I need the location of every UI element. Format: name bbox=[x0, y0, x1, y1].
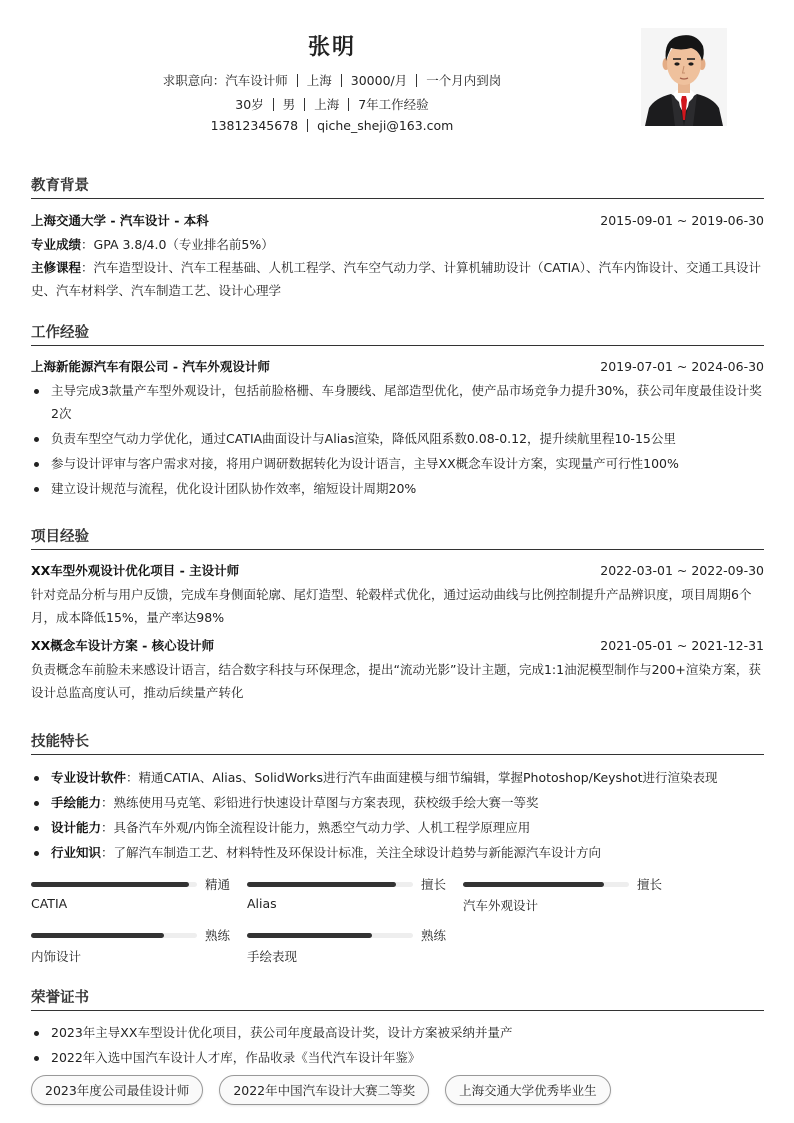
honor-tag: 2023年度公司最佳设计师 bbox=[31, 1075, 203, 1105]
work-bullets: 主导完成3款量产车型外观设计，包括前脸格栅、车身腰线、尾部造型优化，使产品市场竞… bbox=[31, 379, 764, 500]
skill-name: 汽车外观设计 bbox=[463, 896, 538, 914]
honor-tag: 上海交通大学优秀毕业生 bbox=[445, 1075, 611, 1105]
job-intent-line: 求职意向：汽车设计师上海30000/月一个月内到岗 bbox=[0, 71, 664, 89]
project-entry-head: XX概念车设计方案 - 核心设计师 2021-05-01 ~ 2021-12-3… bbox=[31, 637, 764, 655]
skill-name: 手绘表现 bbox=[247, 947, 297, 965]
work-dates: 2019-07-01 ~ 2024-06-30 bbox=[600, 358, 764, 376]
list-item: 手绘能力：熟练使用马克笔、彩铅进行快速设计草图与方案表现，获校级手绘大赛一等奖 bbox=[31, 791, 764, 814]
skill-level: 熟练 bbox=[205, 926, 230, 944]
age: 30岁 bbox=[235, 97, 263, 112]
skill-fill bbox=[247, 933, 372, 938]
skill-bar-sketching: 熟练 手绘表现 bbox=[247, 927, 447, 971]
gpa-label: 专业成绩 bbox=[31, 237, 81, 252]
skill-fill bbox=[247, 882, 396, 887]
gender: 男 bbox=[283, 97, 296, 112]
list-item: 主导完成3款量产车型外观设计，包括前脸格栅、车身腰线、尾部造型优化，使产品市场竞… bbox=[31, 379, 764, 425]
skill-label: 行业知识 bbox=[51, 845, 101, 860]
resume-header: 张明 求职意向：汽车设计师上海30000/月一个月内到岗 30岁男上海7年工作经… bbox=[0, 0, 794, 150]
skills-bullets: 专业设计软件：精通CATIA、Alias、SolidWorks进行汽车曲面建模与… bbox=[31, 766, 764, 864]
personal-info-line: 30岁男上海7年工作经验 bbox=[0, 95, 664, 113]
location: 上海 bbox=[314, 97, 339, 112]
project-name: XX概念车设计方案 - 核心设计师 bbox=[31, 637, 214, 655]
divider bbox=[304, 98, 305, 111]
skill-name: 内饰设计 bbox=[31, 947, 81, 965]
skill-text: ：具备汽车外观/内饰全流程设计能力，熟悉空气动力学、人机工程学原理应用 bbox=[101, 820, 530, 835]
divider bbox=[348, 98, 349, 111]
portrait-icon bbox=[641, 28, 727, 126]
education-entry-head: 上海交通大学 - 汽车设计 - 本科 2015-09-01 ~ 2019-06-… bbox=[31, 212, 764, 230]
skill-level: 擅长 bbox=[637, 875, 662, 893]
skill-fill bbox=[31, 933, 164, 938]
skill-bar-exterior-design: 擅长 汽车外观设计 bbox=[463, 876, 663, 920]
skill-track bbox=[31, 933, 197, 938]
gpa-line: 专业成绩：GPA 3.8/4.0（专业排名前5%） bbox=[31, 233, 764, 256]
list-item: 负责车型空气动力学优化，通过CATIA曲面设计与Alias渲染，降低风阻系数0.… bbox=[31, 427, 764, 450]
gpa-value: ：GPA 3.8/4.0（专业排名前5%） bbox=[81, 237, 274, 252]
skill-label: 设计能力 bbox=[51, 820, 101, 835]
email: qiche_sheji@163.com bbox=[317, 118, 453, 133]
skill-label: 手绘能力 bbox=[51, 795, 101, 810]
divider bbox=[297, 74, 298, 87]
skill-track bbox=[247, 882, 413, 887]
skill-text: ：了解汽车制造工艺、材料特性及环保设计标准，关注全球设计趋势与新能源汽车设计方向 bbox=[101, 845, 601, 860]
section-divider bbox=[31, 345, 764, 346]
work-entry-head: 上海新能源汽车有限公司 - 汽车外观设计师 2019-07-01 ~ 2024-… bbox=[31, 358, 764, 376]
skill-bar-interior-design: 熟练 内饰设计 bbox=[31, 927, 231, 971]
skill-name: CATIA bbox=[31, 896, 67, 911]
skill-label: 专业设计软件 bbox=[51, 770, 126, 785]
skill-level: 擅长 bbox=[421, 875, 446, 893]
divider bbox=[416, 74, 417, 87]
divider bbox=[307, 119, 308, 132]
courses-label: 主修课程 bbox=[31, 260, 81, 275]
intent-city: 上海 bbox=[307, 73, 332, 88]
education-dates: 2015-09-01 ~ 2019-06-30 bbox=[600, 212, 764, 230]
list-item: 参与设计评审与客户需求对接，将用户调研数据转化为设计语言，主导XX概念车设计方案… bbox=[31, 452, 764, 475]
availability: 一个月内到岗 bbox=[426, 73, 501, 88]
list-item: 2023年主导XX车型设计优化项目，获公司年度最高设计奖，设计方案被采纳并量产 bbox=[31, 1021, 764, 1044]
skill-text: ：精通CATIA、Alias、SolidWorks进行汽车曲面建模与细节编辑，掌… bbox=[126, 770, 718, 785]
project-name: XX车型外观设计优化项目 - 主设计师 bbox=[31, 562, 239, 580]
projects-section: 项目经验 XX车型外观设计优化项目 - 主设计师 2022-03-01 ~ 20… bbox=[31, 525, 764, 704]
skill-text: ：熟练使用马克笔、彩铅进行快速设计草图与方案表现，获校级手绘大赛一等奖 bbox=[101, 795, 539, 810]
skill-fill bbox=[463, 882, 604, 887]
project-dates: 2022-03-01 ~ 2022-09-30 bbox=[600, 562, 764, 580]
skill-bar-catia: 精通 CATIA bbox=[31, 876, 231, 920]
section-title: 工作经验 bbox=[31, 321, 764, 341]
school-degree: 上海交通大学 - 汽车设计 - 本科 bbox=[31, 212, 209, 230]
divider bbox=[341, 74, 342, 87]
section-divider bbox=[31, 1010, 764, 1011]
skill-level: 精通 bbox=[205, 875, 230, 893]
section-title: 项目经验 bbox=[31, 525, 764, 545]
project-dates: 2021-05-01 ~ 2021-12-31 bbox=[600, 637, 764, 655]
skill-track bbox=[463, 882, 629, 887]
education-section: 教育背景 上海交通大学 - 汽车设计 - 本科 2015-09-01 ~ 201… bbox=[31, 174, 764, 302]
candidate-name: 张明 bbox=[0, 30, 664, 61]
contact-line: 13812345678qiche_sheji@163.com bbox=[0, 118, 664, 133]
honor-tags: 2023年度公司最佳设计师 2022年中国汽车设计大赛二等奖 上海交通大学优秀毕… bbox=[31, 1075, 764, 1105]
skill-bar-alias: 擅长 Alias bbox=[247, 876, 447, 920]
job-intent: 求职意向：汽车设计师 bbox=[163, 73, 288, 88]
section-title: 技能特长 bbox=[31, 730, 764, 750]
courses-value: ：汽车造型设计、汽车工程基础、人机工程学、汽车空气动力学、计算机辅助设计（CAT… bbox=[31, 260, 761, 298]
list-item: 设计能力：具备汽车外观/内饰全流程设计能力，熟悉空气动力学、人机工程学原理应用 bbox=[31, 816, 764, 839]
list-item: 行业知识：了解汽车制造工艺、材料特性及环保设计标准，关注全球设计趋势与新能源汽车… bbox=[31, 841, 764, 864]
skills-section: 技能特长 专业设计软件：精通CATIA、Alias、SolidWorks进行汽车… bbox=[31, 730, 764, 866]
section-divider bbox=[31, 198, 764, 199]
experience-years: 7年工作经验 bbox=[358, 97, 428, 112]
list-item: 专业设计软件：精通CATIA、Alias、SolidWorks进行汽车曲面建模与… bbox=[31, 766, 764, 789]
list-item: 建立设计规范与流程，优化设计团队协作效率，缩短设计周期20% bbox=[31, 477, 764, 500]
section-divider bbox=[31, 754, 764, 755]
phone: 13812345678 bbox=[211, 118, 298, 133]
skill-level: 熟练 bbox=[421, 926, 446, 944]
skill-track bbox=[31, 882, 197, 887]
work-section: 工作经验 上海新能源汽车有限公司 - 汽车外观设计师 2019-07-01 ~ … bbox=[31, 321, 764, 502]
company-role: 上海新能源汽车有限公司 - 汽车外观设计师 bbox=[31, 358, 270, 376]
honors-section: 荣誉证书 2023年主导XX车型设计优化项目，获公司年度最高设计奖，设计方案被采… bbox=[31, 986, 764, 1105]
list-item: 2022年入选中国汽车设计人才库，作品收录《当代汽车设计年鉴》 bbox=[31, 1046, 764, 1069]
section-title: 教育背景 bbox=[31, 174, 764, 194]
honors-bullets: 2023年主导XX车型设计优化项目，获公司年度最高设计奖，设计方案被采纳并量产 … bbox=[31, 1021, 764, 1069]
section-title: 荣誉证书 bbox=[31, 986, 764, 1006]
honor-tag: 2022年中国汽车设计大赛二等奖 bbox=[219, 1075, 429, 1105]
skill-track bbox=[247, 933, 413, 938]
project-description: 负责概念车前脸未来感设计语言，结合数字科技与环保理念，提出“流动光影”设计主题，… bbox=[31, 658, 764, 704]
courses-line: 主修课程：汽车造型设计、汽车工程基础、人机工程学、汽车空气动力学、计算机辅助设计… bbox=[31, 256, 764, 302]
avatar bbox=[641, 28, 727, 126]
divider bbox=[273, 98, 274, 111]
skill-fill bbox=[31, 882, 189, 887]
project-entry-head: XX车型外观设计优化项目 - 主设计师 2022-03-01 ~ 2022-09… bbox=[31, 562, 764, 580]
expected-salary: 30000/月 bbox=[351, 73, 407, 88]
project-description: 针对竞品分析与用户反馈，完成车身侧面轮廓、尾灯造型、轮毂样式优化，通过运动曲线与… bbox=[31, 583, 764, 629]
skill-name: Alias bbox=[247, 896, 277, 911]
section-divider bbox=[31, 549, 764, 550]
